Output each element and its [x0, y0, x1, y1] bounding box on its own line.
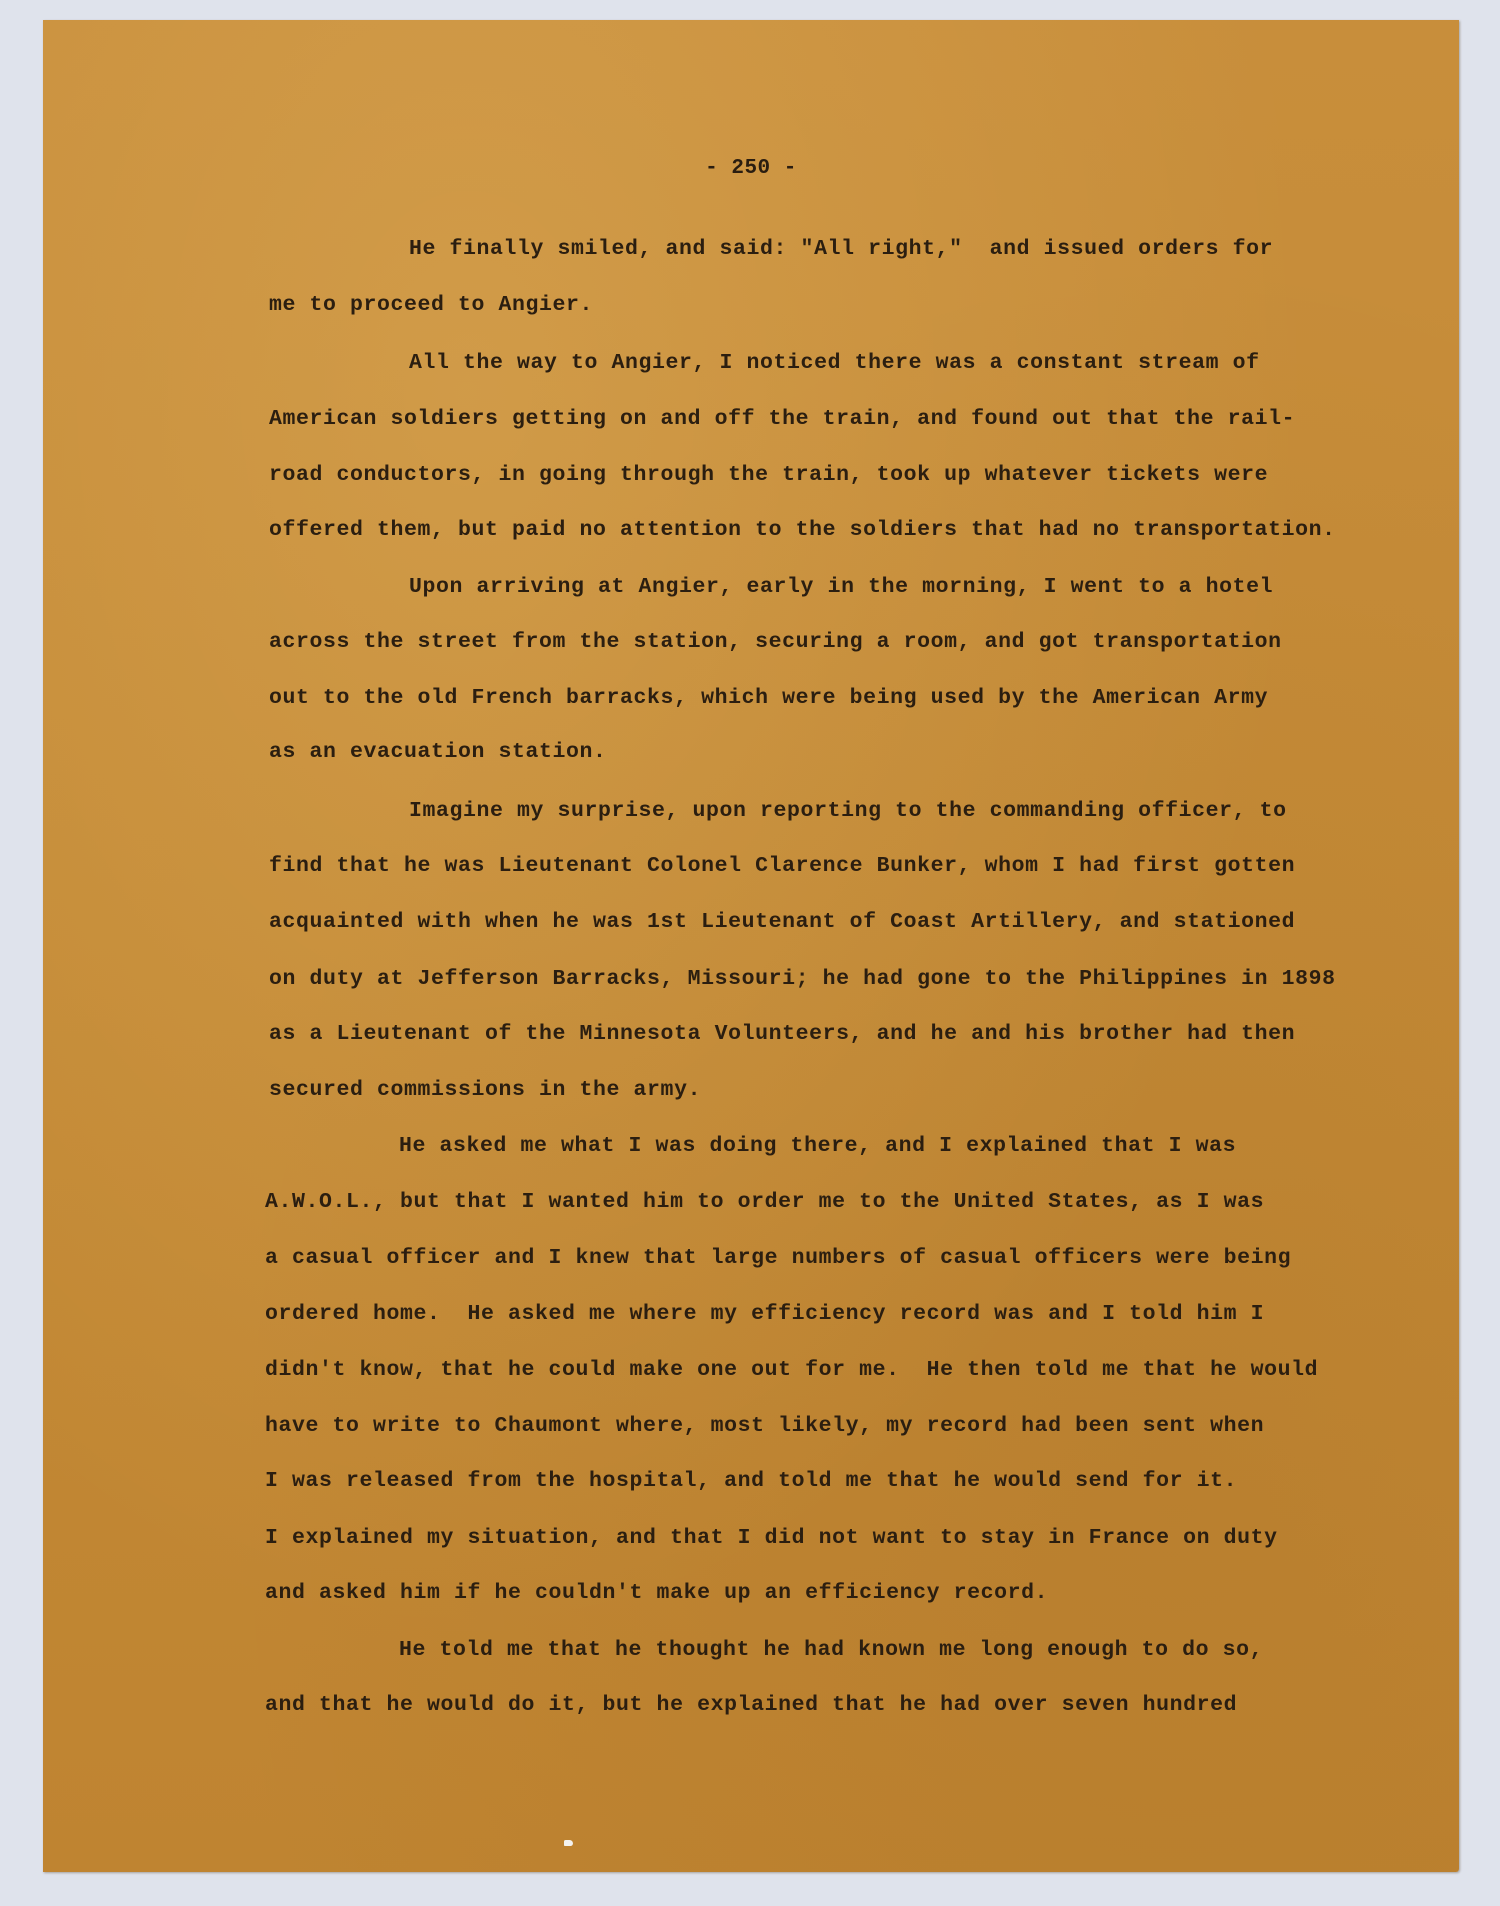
text-line: find that he was Lieutenant Colonel Clar…	[269, 856, 1295, 878]
text-line: ordered home. He asked me where my effic…	[265, 1304, 1264, 1326]
text-line: across the street from the station, secu…	[269, 632, 1282, 654]
text-line: secured commissions in the army.	[269, 1080, 701, 1102]
text-line: Upon arriving at Angier, early in the mo…	[409, 577, 1273, 599]
text-line: didn't know, that he could make one out …	[265, 1360, 1318, 1382]
text-line: out to the old French barracks, which we…	[269, 688, 1268, 710]
text-line: as a Lieutenant of the Minnesota Volunte…	[269, 1024, 1295, 1046]
text-line: me to proceed to Angier.	[269, 295, 593, 317]
text-line: road conductors, in going through the tr…	[269, 465, 1268, 487]
text-line: and that he would do it, but he explaine…	[265, 1695, 1237, 1717]
text-line: I explained my situation, and that I did…	[265, 1528, 1278, 1550]
text-line: a casual officer and I knew that large n…	[265, 1248, 1291, 1270]
text-line: A.W.O.L., but that I wanted him to order…	[265, 1192, 1264, 1214]
text-line: He told me that he thought he had known …	[399, 1640, 1263, 1662]
text-line: as an evacuation station.	[269, 742, 607, 764]
text-line: Imagine my surprise, upon reporting to t…	[409, 801, 1287, 823]
page-number: - 250 -	[43, 157, 1459, 180]
text-line: I was released from the hospital, and to…	[265, 1471, 1237, 1493]
text-line: acquainted with when he was 1st Lieutena…	[269, 912, 1295, 934]
typewritten-page: - 250 - He finally smiled, and said: "Al…	[43, 20, 1459, 1872]
text-line: All the way to Angier, I noticed there w…	[409, 353, 1260, 375]
text-line: have to write to Chaumont where, most li…	[265, 1416, 1264, 1438]
text-line: and asked him if he couldn't make up an …	[265, 1583, 1048, 1605]
text-line: He asked me what I was doing there, and …	[399, 1136, 1236, 1158]
paper-hole-defect	[564, 1840, 573, 1846]
text-line: American soldiers getting on and off the…	[269, 409, 1295, 431]
text-line: offered them, but paid no attention to t…	[269, 520, 1336, 542]
text-line: He finally smiled, and said: "All right,…	[409, 239, 1273, 261]
text-line: on duty at Jefferson Barracks, Missouri;…	[269, 969, 1336, 991]
